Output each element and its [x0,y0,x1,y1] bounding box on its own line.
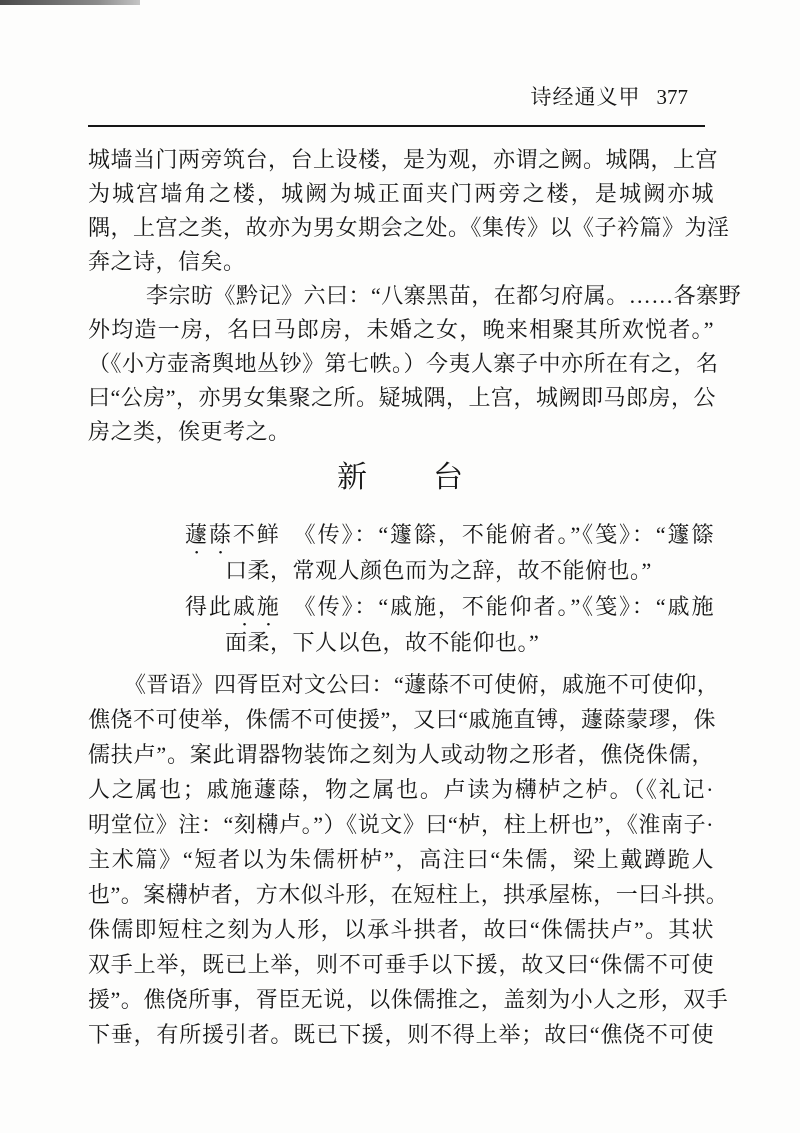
body-line: 房之类，俟更考之。 [88,415,714,449]
paragraph-1: 城墙当门两旁筑台，台上设楼，是为观，亦谓之阙。城隅，上宫 为城宫墙角之楼，城阙为… [88,143,714,279]
body-line: 奔之诗，信矣。 [88,245,714,279]
body-line: 援”。僬侥所事，胥臣无说，以侏儒推之，盖刻为小人之形，双手 [88,982,714,1017]
paragraph-2: 李宗昉《黔记》六曰：“八寨黑苗，在都匀府属。……各寨野 外均造一房，名曰马郎房，… [88,279,714,449]
verse-text: 得此 [185,594,233,619]
verse-commentary: 《传》：“戚施，不能仰者。”《笺》：“戚施 [281,594,714,619]
emphasized-verse-text: 蘧蒢 [185,522,233,547]
body-line: 曰“公房”，亦男女集聚之所。疑城隅，上宫，城阙即马郎房，公 [88,381,714,415]
scanned-book-page: 诗经通义甲377 城墙当门两旁筑台，台上设楼，是为观，亦谓之阙。城隅，上宫 为城… [0,0,800,1133]
body-line: 李宗昉《黔记》六曰：“八寨黑苗，在都匀府属。……各寨野 [88,279,714,313]
verse-block: 蘧蒢不鲜 《传》：“籧篨，不能俯者。”《笺》：“籧篨 口柔，常观人颜色而为之辞，… [88,517,714,661]
emphasized-verse-text: 戚施 [233,594,281,619]
body-line: 明堂位》注：“刻欂卢。”）《说文》曰“栌，柱上枅也”，《淮南子· [88,807,714,842]
body-line: 为城宫墙角之楼，城阙为城正面夹门两旁之楼，是城阙亦城 [88,177,714,211]
header-rule [88,125,705,127]
running-title: 诗经通义甲 [531,85,641,109]
page-header: 诗经通义甲377 [531,84,689,110]
body-line: 主术篇》“短者以为朱儒枅栌”，高注曰“朱儒，梁上戴蹲跪人 [88,842,714,877]
body-line: 僬侥不可使举，侏儒不可使援”，又曰“戚施直镈，蘧蒢蒙璆，侏 [88,702,714,737]
body-line: 侏儒即短柱之刻为人形，以承斗拱者，故曰“侏儒扶卢”。其状 [88,912,714,947]
page-body: 城墙当门两旁筑台，台上设楼，是为观，亦谓之阙。城隅，上宫 为城宫墙角之楼，城阙为… [88,143,714,1052]
body-line: 儒扶卢”。案此谓器物装饰之刻为人或动物之形者，僬侥侏儒， [88,737,714,772]
body-line: （《小方壶斋舆地丛钞》第七帙。）今夷人寨子中亦所在有之，名 [88,347,714,381]
scan-artifact [0,0,140,5]
body-line: 《晋语》四胥臣对文公曰：“蘧蒢不可使俯，戚施不可使仰， [88,667,714,702]
body-line: 外均造一房，名曰马郎房，未婚之女，晚来相聚其所欢悦者。” [88,313,714,347]
body-line: 人之属也；戚施蘧蒢，物之属也。卢读为欂栌之栌。（《礼记· [88,772,714,807]
verse-line: 得此戚施 《传》：“戚施，不能仰者。”《笺》：“戚施 [185,589,714,625]
page-number: 377 [657,85,689,109]
verse-line: 面柔，下人以色，故不能仰也。” [185,625,714,661]
body-line: 隅，上宫之类，故亦为男女期会之处。《集传》以《子衿篇》为淫 [88,211,714,245]
section-title: 新 台 [88,461,714,495]
verse-line: 口柔，常观人颜色而为之辞，故不能俯也。” [185,553,714,589]
body-line: 下垂，有所援引者。既已下援，则不得上举；故曰“僬侥不可使 [88,1017,714,1052]
body-line: 也”。案欂栌者，方木似斗形，在短柱上，拱承屋栋，一曰斗拱。 [88,877,714,912]
paragraph-3: 《晋语》四胥臣对文公曰：“蘧蒢不可使俯，戚施不可使仰， 僬侥不可使举，侏儒不可使… [88,667,714,1052]
verse-line: 蘧蒢不鲜 《传》：“籧篨，不能俯者。”《笺》：“籧篨 [185,517,714,553]
verse-commentary: 不鲜 《传》：“籧篨，不能俯者。”《笺》：“籧篨 [233,522,714,547]
body-line: 双手上举，既已上举，则不可垂手以下援，故又曰“侏儒不可使 [88,947,714,982]
body-line: 城墙当门两旁筑台，台上设楼，是为观，亦谓之阙。城隅，上宫 [88,143,714,177]
